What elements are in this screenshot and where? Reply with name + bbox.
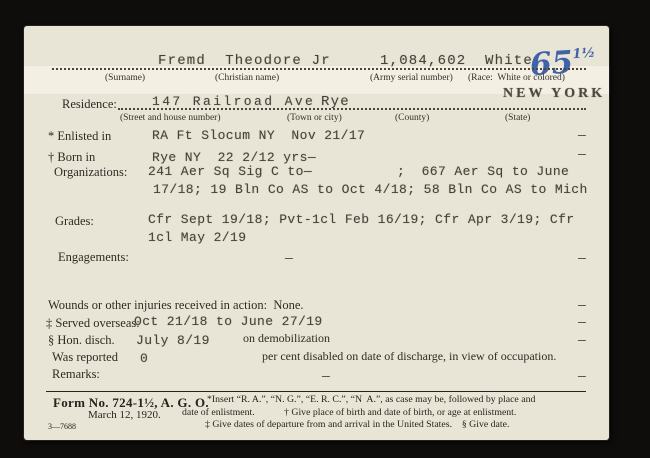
enlisted-label: * Enlisted in	[48, 129, 111, 144]
county-label: (County)	[395, 113, 429, 123]
enlisted-dash: —	[578, 128, 586, 143]
born-value: Rye NY 22 2/12 yrs—	[152, 150, 316, 165]
footer-note-line1: *Insert “R. A.”, “N. G.”, “E. R. C.”, “N…	[207, 394, 535, 405]
remarks-dash-right: —	[578, 369, 586, 384]
town-label: (Town or city)	[287, 113, 342, 123]
race-value: White	[485, 53, 533, 69]
print-code: 3—7688	[48, 422, 76, 431]
residence-street: 147 Railroad Ave	[152, 94, 315, 109]
christian-name-label: (Christian name)	[215, 73, 279, 83]
scan-background: { "colors": { "scan_background": "#0e0d0…	[0, 0, 650, 458]
remarks-label: Remarks:	[52, 367, 100, 382]
residence-label: Residence:	[62, 97, 117, 112]
engagements-dash-mid: —	[285, 251, 293, 266]
honorable-discharge-dash: —	[578, 333, 586, 348]
footer-note-line2: date of enlistment. † Give place of birt…	[182, 407, 516, 418]
grades-line1: Cfr Sept 19/18; Pvt-1cl Feb 16/19; Cfr A…	[148, 212, 574, 227]
born-label: † Born in	[48, 150, 95, 165]
army-serial-number: 1,084,602	[380, 53, 466, 69]
organizations-label: Organizations:	[54, 165, 127, 180]
was-reported-note: per cent disabled on date of discharge, …	[262, 349, 556, 364]
engagements-label: Engagements:	[58, 250, 129, 265]
street-label: (Street and house number)	[120, 113, 221, 123]
disability-percent-value: 0	[140, 351, 148, 366]
served-overseas-dash: —	[578, 315, 586, 330]
honorable-discharge-value: July 8/19	[136, 333, 210, 348]
born-dash: —	[578, 147, 586, 162]
handwritten-fraction: 1½	[572, 46, 596, 63]
serial-number-label: (Army serial number)	[370, 73, 453, 83]
remarks-dash-mid: —	[322, 369, 330, 384]
organizations-line2: 17/18; 19 Bln Co AS to Oct 4/18; 58 Bln …	[153, 182, 588, 197]
grades-label: Grades:	[55, 214, 94, 229]
soldier-name: Fremd Theodore Jr	[158, 53, 331, 69]
wounds-dash: —	[578, 298, 586, 313]
served-overseas-label: ‡ Served overseas:	[46, 316, 140, 331]
footer-note-line3: ‡ Give dates of departure from and arriv…	[205, 419, 509, 430]
honorable-discharge-label: § Hon. disch.	[48, 333, 115, 348]
engagements-dash-right: —	[578, 251, 586, 266]
enlisted-value: RA Ft Slocum NY Nov 21/17	[152, 128, 365, 143]
footer-rule	[46, 391, 586, 392]
form-date: March 12, 1920.	[88, 409, 161, 421]
residence-rule	[118, 108, 586, 110]
served-overseas-value: Oct 21/18 to June 27/19	[134, 314, 323, 329]
honorable-discharge-note: on demobilization	[243, 331, 330, 346]
grades-line2: 1cl May 2/19	[148, 230, 246, 245]
state-stamp: NEW YORK	[503, 86, 605, 102]
organizations-line1-left: 241 Aer Sq Sig C to—	[148, 164, 312, 179]
race-label: (Race: White or colored)	[468, 73, 565, 83]
wounds-label: Wounds or other injuries received in act…	[48, 298, 304, 313]
state-label: (State)	[505, 113, 530, 123]
was-reported-label: Was reported	[52, 350, 118, 365]
organizations-line1-right: ; 667 Aer Sq to June	[397, 164, 569, 179]
record-card: Fremd Theodore Jr 1,084,602 White 651½ (…	[24, 26, 609, 440]
surname-label: (Surname)	[105, 73, 145, 83]
header-rule	[52, 68, 586, 70]
